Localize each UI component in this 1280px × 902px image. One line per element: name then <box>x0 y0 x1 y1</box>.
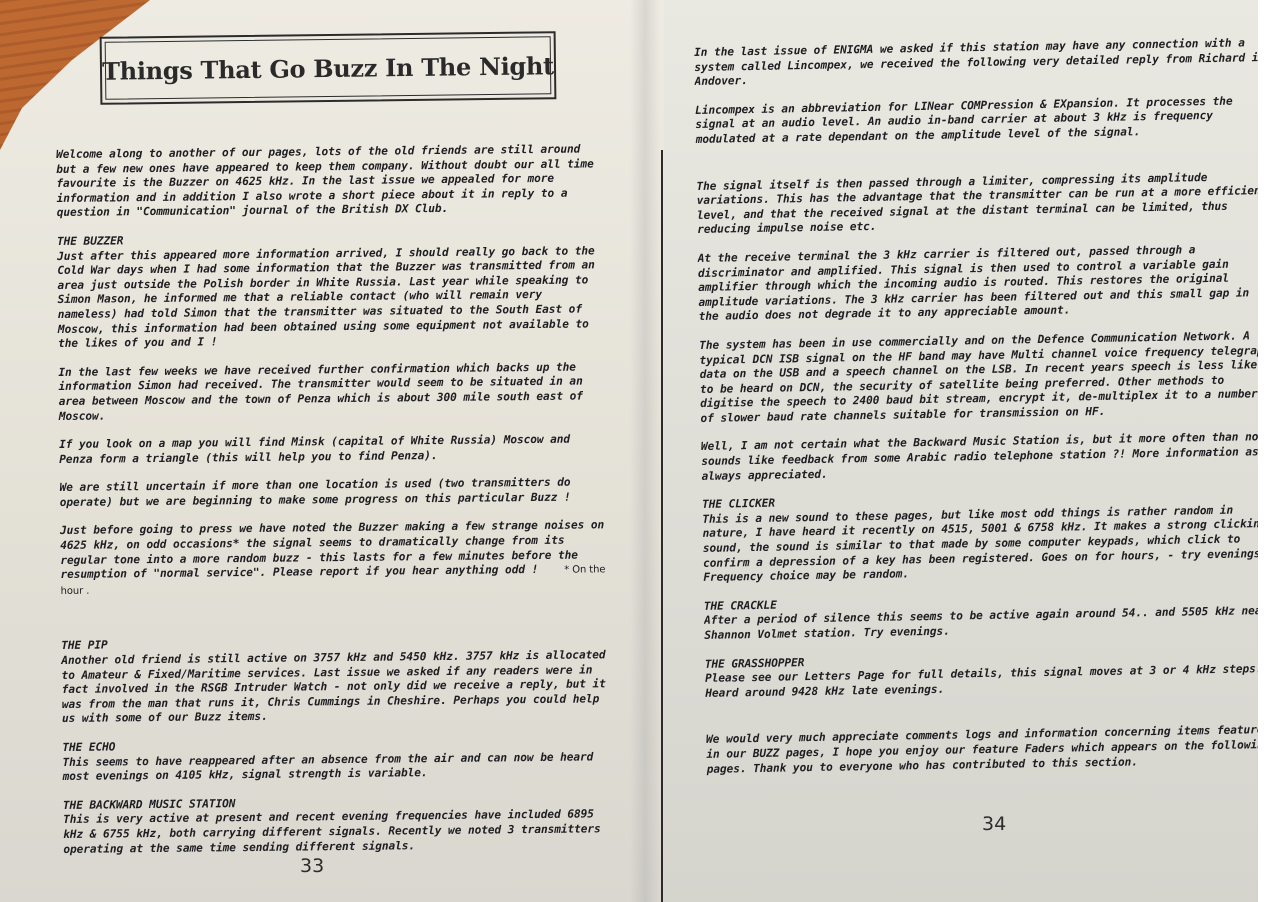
section-buzzer: THE BUZZER Just after this appeared more… <box>57 229 609 599</box>
section-paragraph: Just before going to press we have noted… <box>60 519 609 600</box>
section-paragraph: In the last few weeks we have received f… <box>58 360 607 424</box>
page-number-right: 34 <box>982 813 1006 835</box>
closing-paragraph: We would very much appreciate comments l… <box>706 723 1279 777</box>
section-paragraph: This seems to have reappeared after an a… <box>62 750 610 785</box>
body-paragraph: Lincompex is an abbreviation for LINear … <box>695 94 1268 148</box>
body-paragraph: The system has been in use commercially … <box>699 329 1272 427</box>
page-fold-line <box>661 150 663 902</box>
body-paragraph: In the last issue of ENIGMA we asked if … <box>694 36 1267 90</box>
section-paragraph: If you look on a map you will find Minsk… <box>59 432 607 467</box>
intro-paragraph: Welcome along to another of our pages, l… <box>56 142 605 221</box>
gutter-shadow <box>630 0 660 902</box>
image-edge <box>1258 0 1280 902</box>
left-page-column: Welcome along to another of our pages, l… <box>56 142 612 871</box>
section-backward-music-station: THE BACKWARD MUSIC STATION This is very … <box>63 793 612 857</box>
magazine-spread: Things That Go Buzz In The Night Welcome… <box>0 0 1266 902</box>
section-paragraph: We are still uncertain if more than one … <box>59 476 607 511</box>
body-paragraph: The signal itself is then passed through… <box>696 170 1269 238</box>
section-paragraph: This is a new sound to these pages, but … <box>702 503 1275 586</box>
section-paragraph-text: Just before going to press we have noted… <box>60 519 611 582</box>
title-box: Things That Go Buzz In The Night <box>100 31 557 105</box>
section-paragraph: Just after this appeared more informatio… <box>57 244 606 352</box>
section-grasshopper: THE GRASSHOPPER Please see our Letters P… <box>705 648 1278 702</box>
right-page-column: In the last issue of ENIGMA we asked if … <box>694 36 1279 791</box>
body-paragraph: Well, I am not certain what the Backward… <box>701 430 1274 484</box>
body-paragraph: At the receive terminal the 3 kHz carrie… <box>698 242 1271 325</box>
section-clicker: THE CLICKER This is a new sound to these… <box>702 488 1275 586</box>
section-paragraph: This is very active at present and recen… <box>63 808 611 858</box>
section-crackle: THE CRACKLE After a period of silence th… <box>704 590 1277 644</box>
page-number-left: 33 <box>300 855 324 877</box>
spacer <box>61 594 609 640</box>
page-title: Things That Go Buzz In The Night <box>102 51 554 86</box>
section-pip: THE PIP Another old friend is still acti… <box>61 634 610 727</box>
section-paragraph: Another old friend is still active on 37… <box>61 648 610 727</box>
section-echo: THE ECHO This seems to have reappeared a… <box>62 735 610 785</box>
